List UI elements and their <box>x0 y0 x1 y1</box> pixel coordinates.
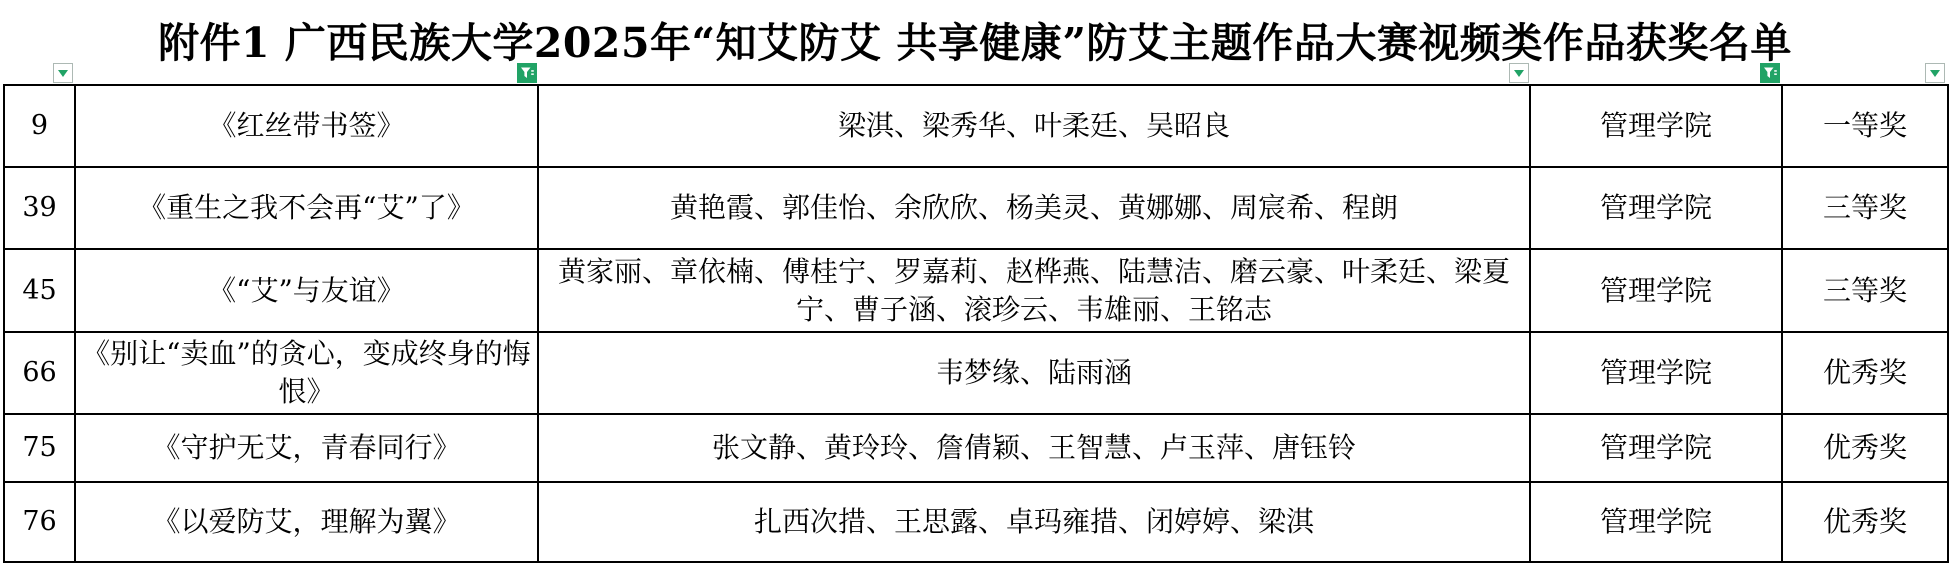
cell-number[interactable]: 75 <box>5 415 76 483</box>
funnel-icon <box>519 65 535 81</box>
cell-authors[interactable]: 梁淇、梁秀华、叶柔廷、吴昭良 <box>539 86 1531 168</box>
cell-award[interactable]: 优秀奖 <box>1783 415 1947 483</box>
cell-award[interactable]: 三等奖 <box>1783 168 1947 250</box>
chevron-down-icon <box>58 70 68 77</box>
chevron-down-icon <box>1930 70 1940 77</box>
cell-work-title[interactable]: 《守护无艾，青春同行》 <box>76 415 539 483</box>
award-table: 9 《红丝带书签》 梁淇、梁秀华、叶柔廷、吴昭良 管理学院 一等奖 39 《重生… <box>3 84 1949 563</box>
cell-college[interactable]: 管理学院 <box>1531 86 1783 168</box>
cell-number[interactable]: 9 <box>5 86 76 168</box>
cell-award[interactable]: 优秀奖 <box>1783 333 1947 415</box>
cell-authors[interactable]: 张文静、黄玲玲、詹倩颖、王智慧、卢玉萍、唐钰铃 <box>539 415 1531 483</box>
cell-award[interactable]: 一等奖 <box>1783 86 1947 168</box>
chevron-down-icon <box>1514 70 1524 77</box>
cell-college[interactable]: 管理学院 <box>1531 250 1783 333</box>
cell-college[interactable]: 管理学院 <box>1531 168 1783 250</box>
filter-active-work-title-button[interactable] <box>517 63 537 83</box>
cell-college[interactable]: 管理学院 <box>1531 483 1783 561</box>
cell-work-title[interactable]: 《别让“卖血”的贪心，变成终身的悔恨》 <box>76 333 539 415</box>
cell-authors[interactable]: 黄家丽、章依楠、傅桂宁、罗嘉莉、赵桦燕、陆慧洁、磨云豪、叶柔廷、梁夏宁、曹子涵、… <box>539 250 1531 333</box>
sheet-title[interactable]: 附件1 广西民族大学2025年“知艾防艾 共享健康”防艾主题作品大赛视频类作品获… <box>0 10 1950 69</box>
cell-work-title[interactable]: 《以爱防艾，理解为翼》 <box>76 483 539 561</box>
funnel-icon <box>1762 65 1778 81</box>
filter-dropdown-number-button[interactable] <box>53 63 73 83</box>
cell-number[interactable]: 39 <box>5 168 76 250</box>
cell-number[interactable]: 45 <box>5 250 76 333</box>
cell-authors[interactable]: 黄艳霞、郭佳怡、余欣欣、杨美灵、黄娜娜、周宸希、程朗 <box>539 168 1531 250</box>
cell-college[interactable]: 管理学院 <box>1531 415 1783 483</box>
filter-dropdown-authors-button[interactable] <box>1509 63 1529 83</box>
cell-award[interactable]: 优秀奖 <box>1783 483 1947 561</box>
cell-authors[interactable]: 韦梦缘、陆雨涵 <box>539 333 1531 415</box>
cell-number[interactable]: 66 <box>5 333 76 415</box>
cell-number[interactable]: 76 <box>5 483 76 561</box>
cell-college[interactable]: 管理学院 <box>1531 333 1783 415</box>
filter-active-college-button[interactable] <box>1760 63 1780 83</box>
cell-work-title[interactable]: 《“艾”与友谊》 <box>76 250 539 333</box>
cell-work-title[interactable]: 《红丝带书签》 <box>76 86 539 168</box>
cell-work-title[interactable]: 《重生之我不会再“艾”了》 <box>76 168 539 250</box>
cell-authors[interactable]: 扎西次措、王思露、卓玛雍措、闭婷婷、梁淇 <box>539 483 1531 561</box>
filter-dropdown-award-button[interactable] <box>1925 63 1945 83</box>
cell-award[interactable]: 三等奖 <box>1783 250 1947 333</box>
